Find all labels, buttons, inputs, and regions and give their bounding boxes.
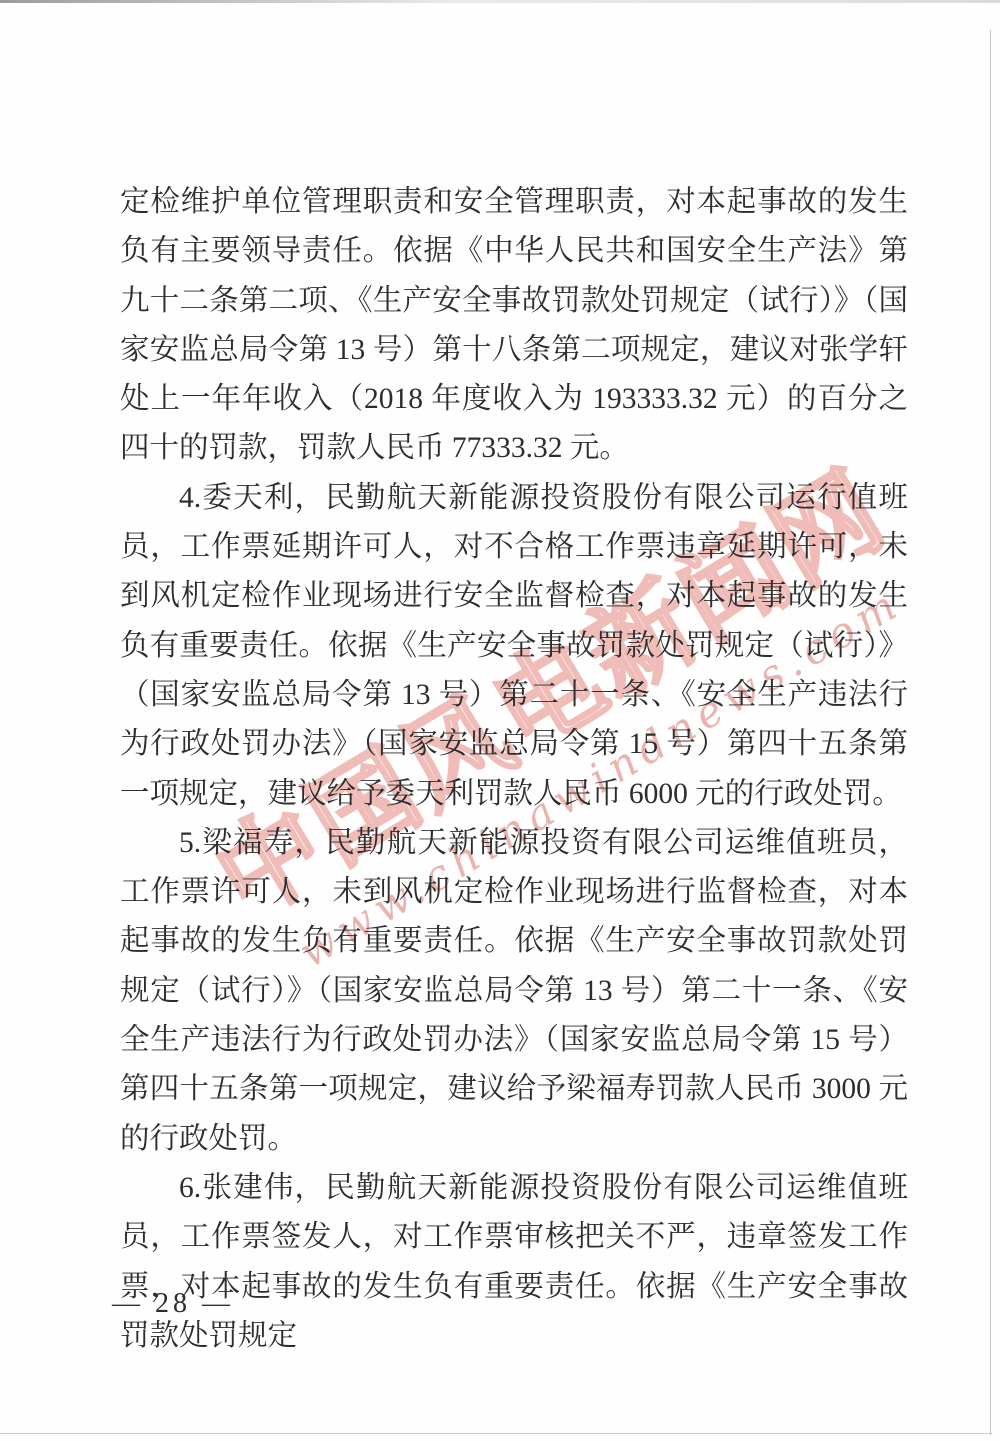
body-paragraph: 6.张建伟，民勤航天新能源投资股份有限公司运维值班员，工作票签发人，对工作票审核… [120, 1164, 908, 1361]
scan-bottom-edge [0, 1433, 992, 1434]
scan-right-edge [990, 30, 991, 1435]
body-paragraph: 5.梁福寿，民勤航天新能源投资有限公司运维值班员，工作票许可人，未到风机定检作业… [120, 819, 908, 1164]
scan-top-edge [0, 0, 1000, 3]
document-body: 定检维护单位管理职责和安全管理职责，对本起事故的发生负有主要领导责任。依据《中华… [120, 178, 908, 1361]
document-page: 中国风电新闻网 www.chinawindnews.com 定检维护单位管理职责… [0, 0, 1000, 1441]
body-paragraph: 定检维护单位管理职责和安全管理职责，对本起事故的发生负有主要领导责任。依据《中华… [120, 178, 908, 474]
body-paragraph: 4.委天利，民勤航天新能源投资股份有限公司运行值班员，工作票延期许可人，对不合格… [120, 474, 908, 819]
page-number: — 28 — [112, 1288, 234, 1320]
